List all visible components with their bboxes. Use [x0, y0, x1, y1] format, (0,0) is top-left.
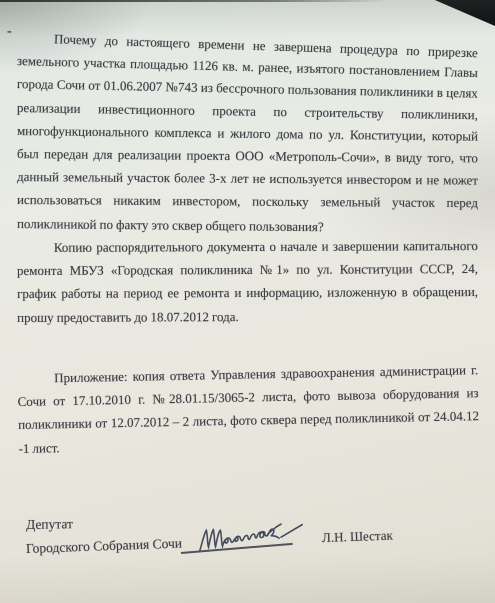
handwritten-signature [196, 515, 310, 557]
text-line: Копию распорядительного документа о нача… [17, 234, 478, 259]
paragraph-question: Почему до настоящего времени не завершен… [17, 26, 478, 235]
scanned-letter-photo: - Почему до настоящего времени не заверш… [0, 0, 495, 603]
signer-role-line-1: Депутат [26, 516, 73, 533]
text-line: график работы на период ее ремонта и инф… [17, 280, 478, 305]
list-dash-marker: - [7, 24, 12, 40]
paragraph-request: Копию распорядительного документа о нача… [17, 234, 478, 329]
signer-name: Л.Н. Шестак [322, 528, 393, 546]
letter-body: - Почему до настоящего времени не заверш… [0, 0, 495, 603]
text-line: прошу предоставить до 18.07.2012 года. [17, 304, 478, 329]
text-line: использоваться никаким инвестором, поско… [17, 188, 478, 214]
text-line: ремонта МБУЗ «Городская поликлиника №1» … [17, 257, 478, 282]
signer-role-line-2: Городского Собрания Сочи [26, 536, 183, 557]
paragraph-attachment: Приложение: копия ответа Управления здра… [17, 358, 480, 460]
